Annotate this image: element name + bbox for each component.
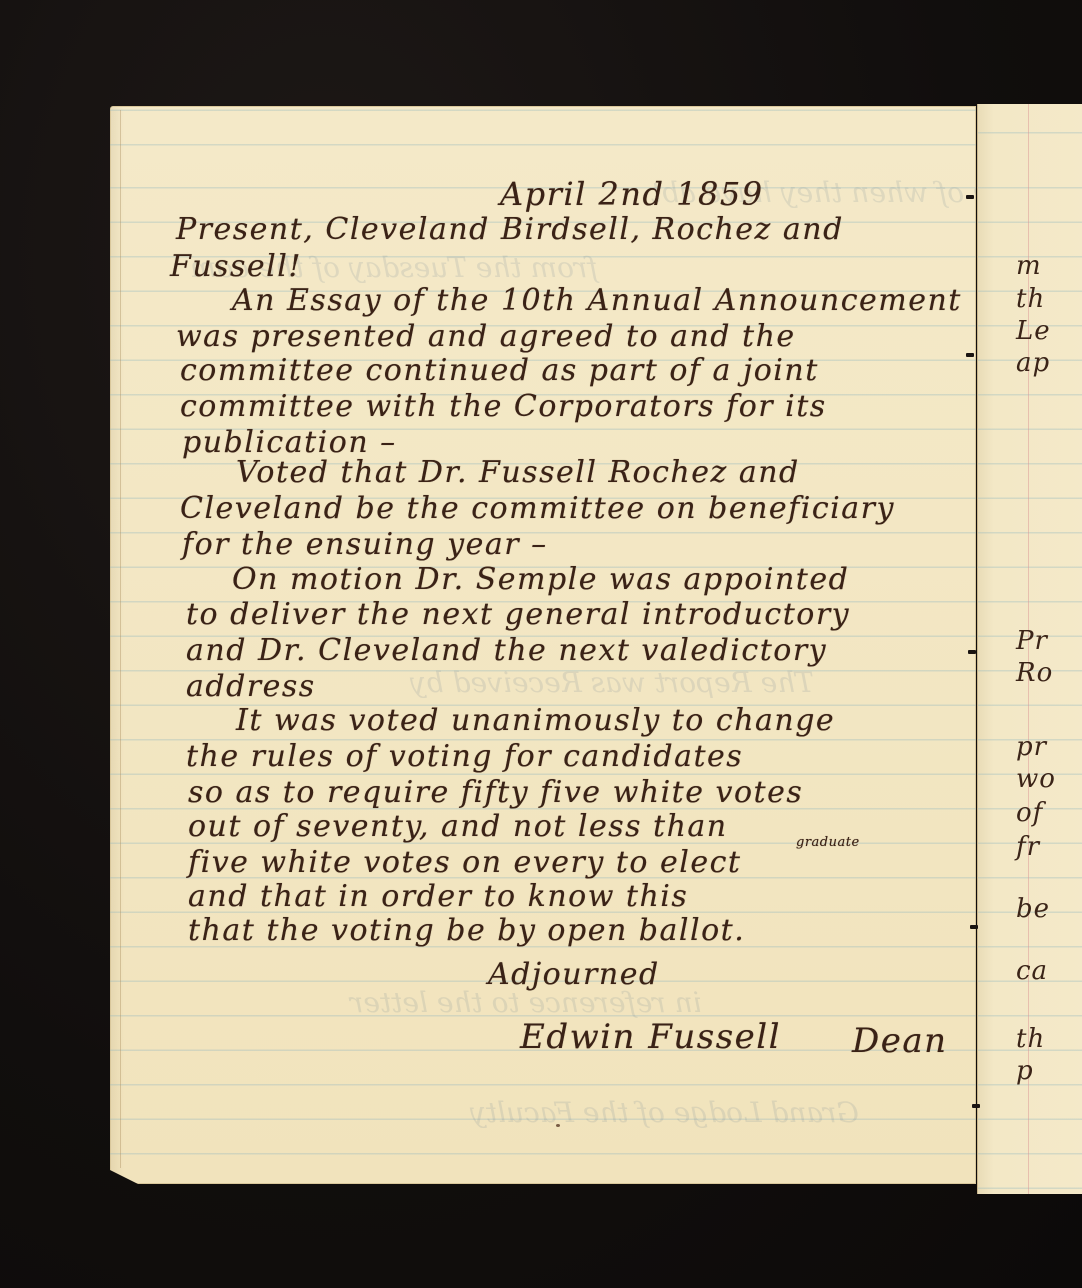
minutes-line: Present, Cleveland Birdsell, Rochez and <box>176 215 844 245</box>
minutes-line: and Dr. Cleveland the next valedictory <box>186 636 827 666</box>
minutes-line: Cleveland be the committee on beneficiar… <box>180 494 895 524</box>
minutes-line: An Essay of the 10th Annual Announcement <box>232 286 962 316</box>
closing-adjourned: Adjourned <box>488 960 660 990</box>
facing-fragment: wo <box>1016 764 1056 794</box>
minutes-line: committee with the Corporators for its <box>180 392 827 422</box>
facing-fragment: th <box>1016 1024 1045 1054</box>
minutes-line: was presented and agreed to and the <box>176 322 796 352</box>
minutes-line: Voted that Dr. Fussell Rochez and <box>236 458 800 488</box>
minutes-line: and that in order to know this <box>188 882 688 912</box>
minutes-line: address <box>186 672 316 702</box>
signature-name: Edwin Fussell <box>520 1020 781 1054</box>
minutes-line: out of seventy, and not less than <box>188 812 728 842</box>
facing-fragment: m <box>1016 251 1042 281</box>
binding-staple <box>970 925 978 929</box>
interlinear-insertion: graduate <box>796 836 860 849</box>
minutes-line: Fussell! <box>170 252 302 282</box>
page-edge <box>120 110 121 1168</box>
facing-fragment: be <box>1016 894 1050 924</box>
facing-page: m th Le ap Pr Ro pr wo of fr be ca th p <box>978 104 1082 1194</box>
binding-staple <box>968 650 976 654</box>
facing-fragment: of <box>1016 798 1043 828</box>
minutes-line: committee continued as part of a joint <box>180 356 819 386</box>
bleed-through: The Report was Received by <box>410 666 814 699</box>
facing-fragment: fr <box>1016 832 1040 862</box>
facing-fragment: pr <box>1016 732 1047 762</box>
minutes-line: It was voted unanimously to change <box>236 706 835 736</box>
facing-fragment: Pr <box>1016 626 1048 656</box>
facing-fragment: p <box>1016 1056 1034 1086</box>
ink-spot <box>556 1124 560 1127</box>
signature-title: Dean <box>852 1024 948 1058</box>
minutes-line: publication – <box>182 428 397 458</box>
date-heading: April 2nd 1859 <box>500 178 764 210</box>
binding-staple <box>966 195 974 199</box>
facing-fragment: Ro <box>1016 658 1053 688</box>
minutes-line: that the voting be by open ballot. <box>188 916 745 946</box>
minutes-line: to deliver the next general introductory <box>186 600 850 630</box>
minutes-line: for the ensuing year – <box>182 530 548 560</box>
bleed-through: Grand Lodge of the Faculty <box>470 1096 859 1129</box>
binding-staple <box>972 1104 980 1108</box>
facing-fragment: ca <box>1016 956 1048 986</box>
minutes-line: five white votes on every to elect <box>188 848 741 878</box>
facing-fragment: ap <box>1016 348 1050 378</box>
facing-fragment: th <box>1016 284 1045 314</box>
minutes-line: the rules of voting for candidates <box>186 742 743 772</box>
binding-staple <box>966 353 974 357</box>
minutes-line: On motion Dr. Semple was appointed <box>232 565 849 595</box>
minutes-line: so as to require fifty five white votes <box>188 778 803 808</box>
facing-fragment: Le <box>1016 316 1051 346</box>
